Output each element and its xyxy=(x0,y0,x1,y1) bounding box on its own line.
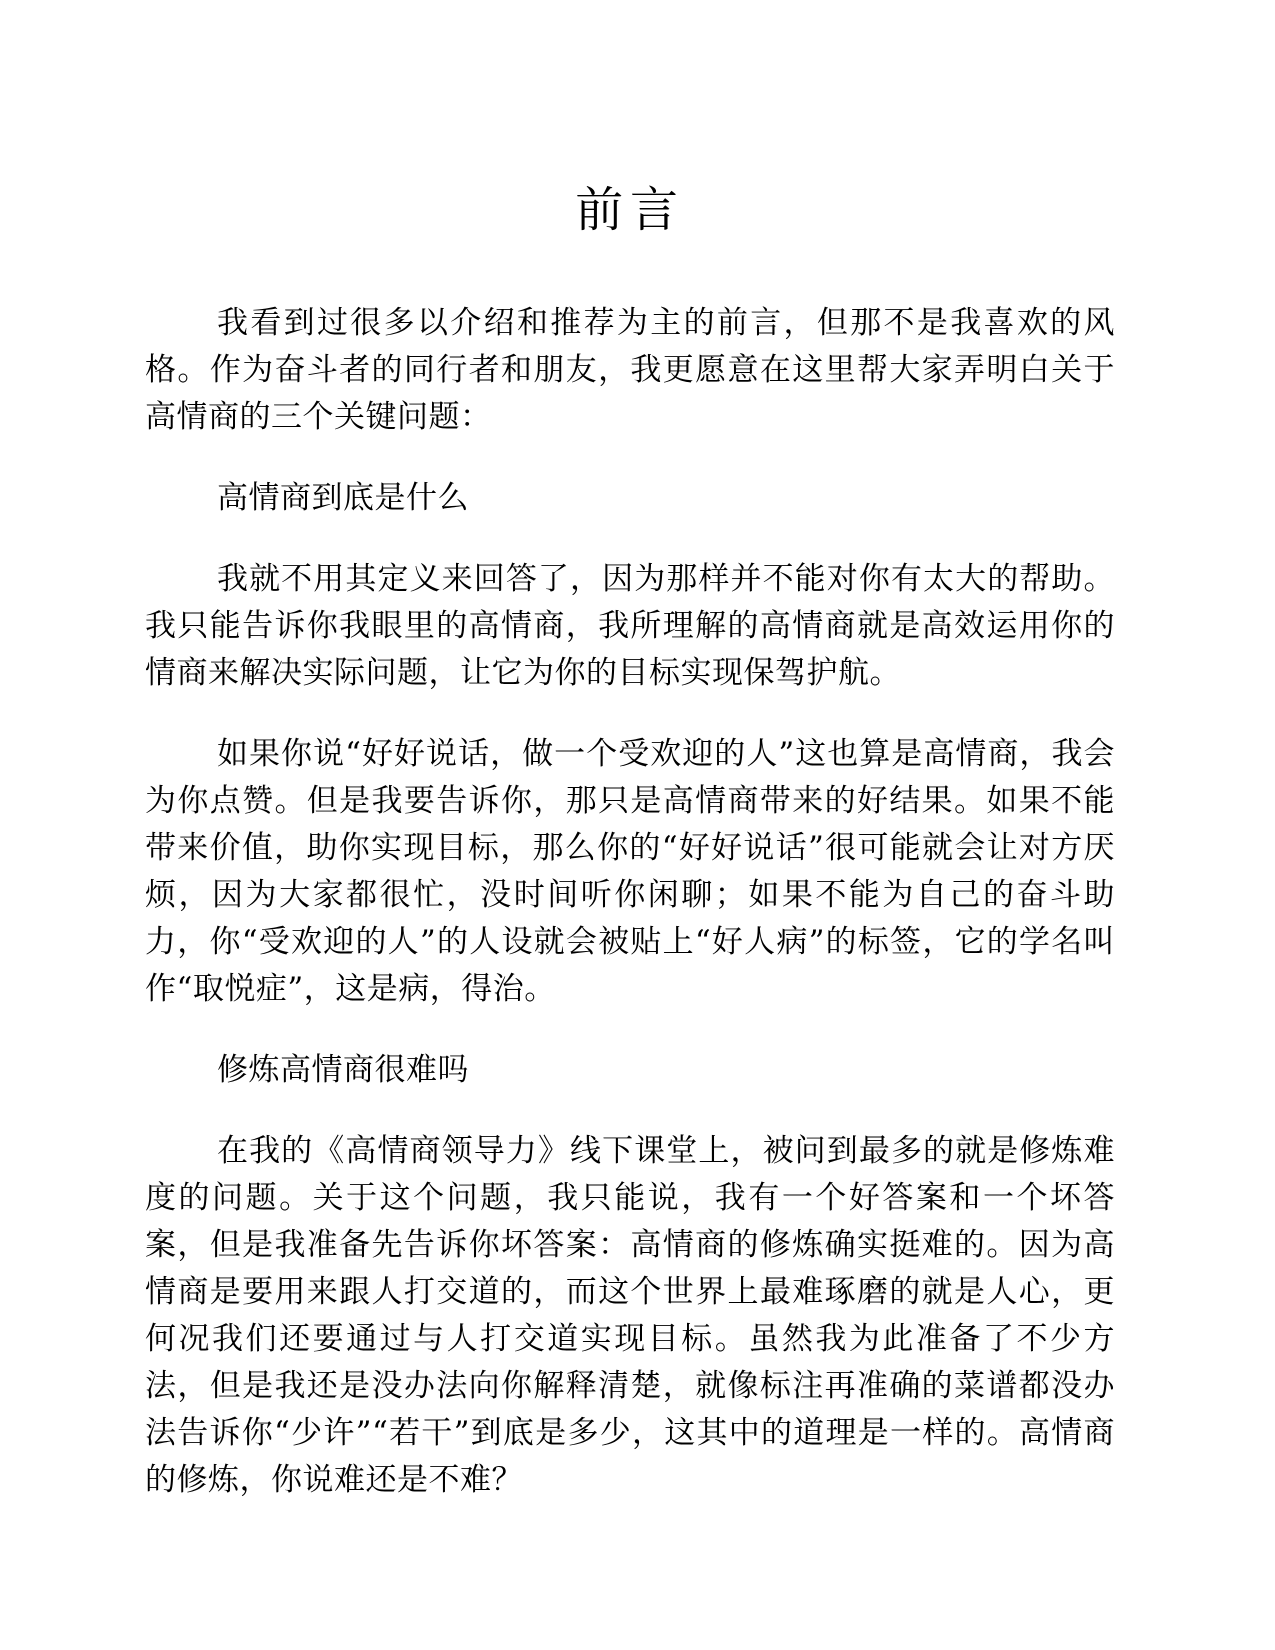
section-heading: 修炼高情商很难吗 xyxy=(145,1047,1115,1094)
paragraph: 如果你说“好好说话，做一个受欢迎的人”这也算是高情商，我会为你点赞。但是我要告诉… xyxy=(145,731,1115,1013)
paragraph: 我看到过很多以介绍和推荐为主的前言，但那不是我喜欢的风格。作为奋斗者的同行者和朋… xyxy=(145,300,1115,441)
paragraph: 在我的《高情商领导力》线下课堂上，被问到最多的就是修炼难度的问题。关于这个问题，… xyxy=(145,1128,1115,1504)
document-content: 前言 我看到过很多以介绍和推荐为主的前言，但那不是我喜欢的风格。作为奋斗者的同行… xyxy=(0,0,1275,1504)
paragraph: 我就不用其定义来回答了，因为那样并不能对你有太大的帮助。我只能告诉你我眼里的高情… xyxy=(145,556,1115,697)
section-heading: 高情商到底是什么 xyxy=(145,475,1115,522)
document-page: 前言 我看到过很多以介绍和推荐为主的前言，但那不是我喜欢的风格。作为奋斗者的同行… xyxy=(0,0,1275,1650)
document-title: 前言 xyxy=(145,176,1115,244)
